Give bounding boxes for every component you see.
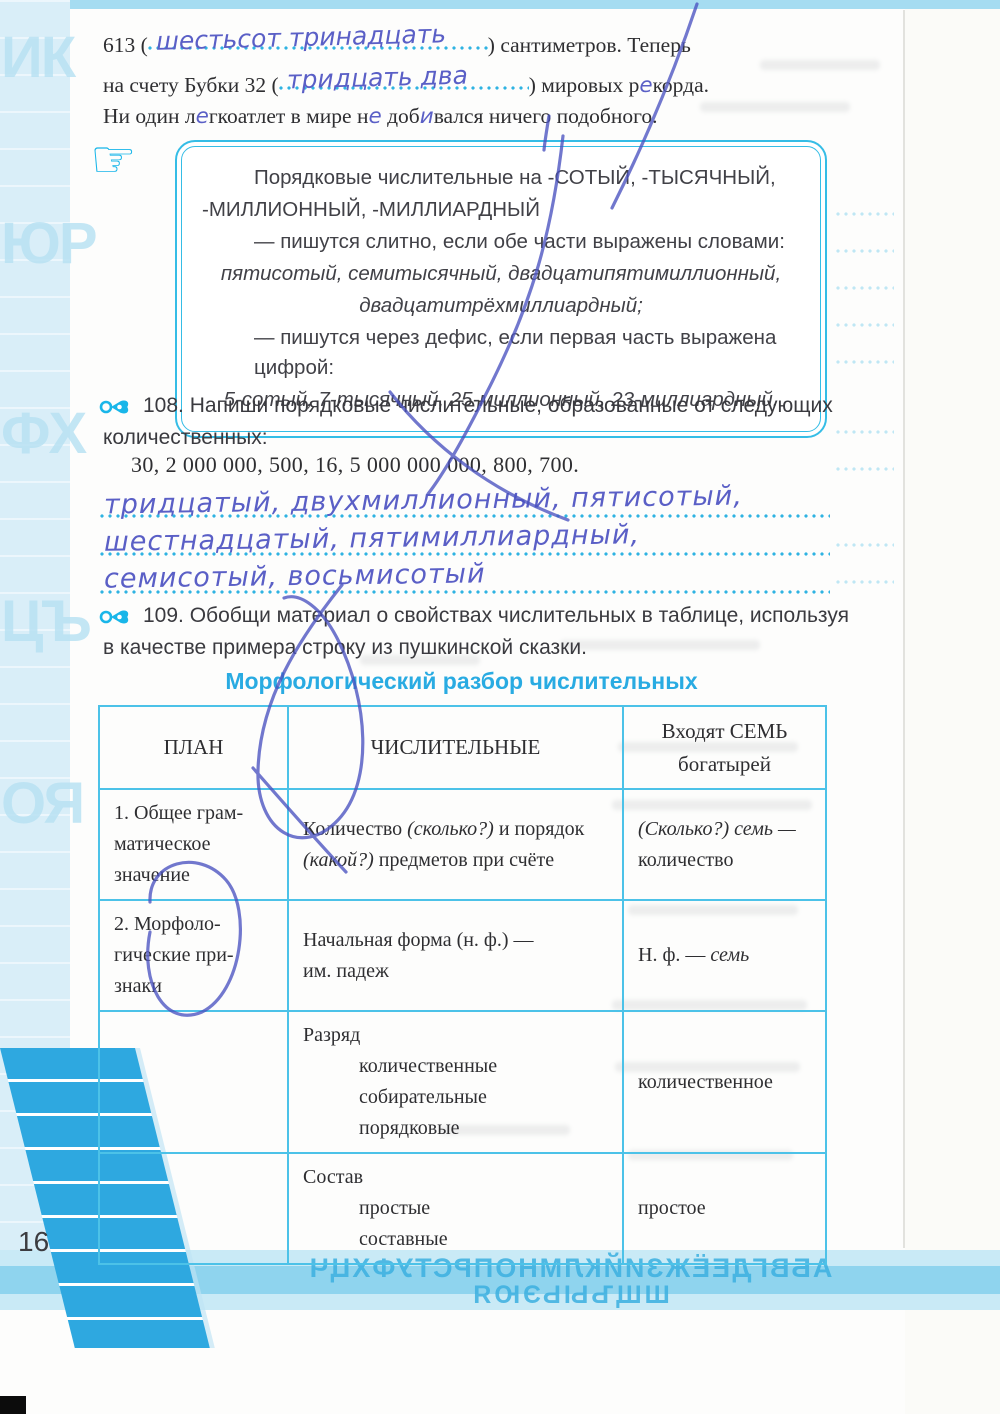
rule-example-1a: пятисотый, семитысячный, двадцатипятимил… xyxy=(202,259,800,289)
exercise-109-instruction-line1: 109. Обобщи материал о свойствах числите… xyxy=(143,604,849,628)
bleedthrough-dots xyxy=(836,467,894,471)
table-title: Морфологический разбор числительных xyxy=(98,668,825,695)
cell-text: Состав xyxy=(303,1162,608,1193)
intro-text: 613 ( xyxy=(103,33,148,57)
intro-line-3: Ни один легкоатлет в мире не добивался н… xyxy=(103,104,658,129)
bleedthrough-dots xyxy=(836,360,894,364)
page-edge-margin xyxy=(905,9,1000,1414)
fill-in-blank: тридцать два xyxy=(279,66,529,92)
intro-text: доб xyxy=(382,104,420,128)
handwritten-letter: е xyxy=(196,104,209,129)
cell-example-4: простое xyxy=(623,1153,826,1264)
bleedthrough-dots xyxy=(836,249,894,253)
instruction-text: Обобщи материал о свойствах числительных… xyxy=(190,604,849,627)
task-marker-icon xyxy=(99,608,131,631)
bleedthrough-mark xyxy=(700,102,850,112)
cell-text-italic: семь xyxy=(710,944,749,966)
band-letter: ЦЪ xyxy=(1,588,90,655)
cell-text: Разряд xyxy=(303,1020,608,1051)
exercise-109-number: 109. xyxy=(143,604,184,627)
writing-line xyxy=(100,514,830,518)
rule-title-line2: -МИЛЛИОННЫЙ, -МИЛЛИАРДНЫЙ xyxy=(202,195,800,225)
cell-plan-3-empty xyxy=(99,1011,288,1153)
answer-line: тридцатый, двухмиллионный, пятисотый, xyxy=(100,482,830,520)
intro-text: на счету Бубки 32 ( xyxy=(103,73,279,97)
bleedthrough-dots xyxy=(836,580,894,584)
band-letter: ЮР xyxy=(1,210,96,277)
intro-line-1: 613 (шестьсот тринадцать) сантиметров. Т… xyxy=(103,26,691,58)
exercise-108-numbers: 30, 2 000 000, 500, 16, 5 000 000 000, 8… xyxy=(131,452,579,478)
cell-text-italic: (Сколько?) семь — xyxy=(638,814,811,845)
exercise-108-instruction-line2: количественных: xyxy=(103,426,268,450)
bleedthrough-dots xyxy=(836,543,894,547)
cell-text: и порядок xyxy=(494,818,585,840)
header-numerals: ЧИСЛИТЕЛЬНЫЕ xyxy=(288,706,623,789)
exercise-108-number: 108. xyxy=(143,394,184,417)
cell-plan-4-empty xyxy=(99,1153,288,1264)
task-marker-icon xyxy=(99,398,131,421)
handwritten-answer: шестьсот тринадцать xyxy=(155,19,446,56)
cell-example-2: Н. ф. — семь xyxy=(623,900,826,1011)
cell-initial-form: Начальная форма (н. ф.) — им. падеж xyxy=(288,900,623,1011)
cell-sostav: Состав простые составные xyxy=(288,1153,623,1264)
bleedthrough-dots xyxy=(836,212,894,216)
intro-line-2: на счету Бубки 32 (тридцать два) мировых… xyxy=(103,66,709,98)
bleedthrough-mark xyxy=(760,60,880,70)
fill-in-blank: шестьсот тринадцать xyxy=(148,26,488,52)
bleedthrough-dots xyxy=(836,323,894,327)
cell-text: предметов при счёте xyxy=(374,849,554,871)
intro-text: гкоатлет в мире н xyxy=(209,104,369,128)
cell-plan-2: 2. Морфоло- гические при- знаки xyxy=(99,900,288,1011)
cell-list-item: составные xyxy=(303,1224,608,1255)
rule-example-1b: двадцатитрёхмиллиардный; xyxy=(202,291,800,321)
writing-line xyxy=(100,552,830,556)
intro-text: Ни один л xyxy=(103,104,196,128)
handwritten-letter: и xyxy=(420,104,434,129)
answer-line: шестнадцатый, пятимиллиардный, xyxy=(100,520,830,558)
scan-corner-mark xyxy=(0,1396,26,1414)
cell-list-item: количественные xyxy=(303,1051,608,1082)
handwritten-letter: е xyxy=(639,73,652,98)
handwritten-letter: е xyxy=(368,104,381,129)
band-letter: ФХ xyxy=(1,400,85,467)
bleedthrough-dots xyxy=(836,286,894,290)
intro-text: корда. xyxy=(653,73,709,97)
answer-line: семисотый, восьмисотый xyxy=(100,558,830,596)
page-number: 16 xyxy=(18,1226,49,1258)
cell-plan-1: 1. Общее грам- матическое значение xyxy=(99,789,288,900)
cell-list-item: простые xyxy=(303,1193,608,1224)
cell-text: Н. ф. — xyxy=(638,944,710,966)
intro-text: вался ничего подобного. xyxy=(434,104,658,128)
band-letter: ИК xyxy=(1,24,74,91)
answer-lines: тридцатый, двухмиллионный, пятисотый, ше… xyxy=(100,482,830,596)
handwritten-answer: тридцать два xyxy=(286,61,468,95)
intro-text: ) мировых р xyxy=(529,73,640,97)
morphology-table: ПЛАН ЧИСЛИТЕЛЬНЫЕ Входят СЕМЬ богатырей … xyxy=(98,705,827,1265)
table-row: 2. Морфоло- гические при- знаки Начальна… xyxy=(99,900,826,1011)
cell-text: Количество xyxy=(303,818,407,840)
bleedthrough-mark xyxy=(560,640,760,650)
table-row: Состав простые составные простое xyxy=(99,1153,826,1264)
cell-text-italic: (сколько?) xyxy=(407,818,494,840)
bleedthrough-dots xyxy=(836,430,894,434)
exercise-108-instruction-line1: 108. Напиши порядковые числительные, обр… xyxy=(143,394,833,418)
top-edge-strip xyxy=(66,0,1000,9)
pointing-hand-icon: ☞ xyxy=(90,130,137,190)
rule-bullet-2: — пишутся через дефис, если первая часть… xyxy=(202,323,800,383)
header-plan: ПЛАН xyxy=(99,706,288,789)
table-row: 1. Общее грам- матическое значение Колич… xyxy=(99,789,826,900)
cell-example-1: (Сколько?) семь — количество xyxy=(623,789,826,900)
cell-razryad: Разряд количественные собирательные поря… xyxy=(288,1011,623,1153)
rule-bullet-1: — пишутся слитно, если обе части выражен… xyxy=(202,227,800,257)
cell-list-item: собирательные xyxy=(303,1082,608,1113)
table-header-row: ПЛАН ЧИСЛИТЕЛЬНЫЕ Входят СЕМЬ богатырей xyxy=(99,706,826,789)
cell-example-3: количественное xyxy=(623,1011,826,1153)
cell-text: количество xyxy=(638,845,811,876)
instruction-text: Напиши порядковые числительные, образова… xyxy=(190,394,833,417)
cell-text-italic: (какой?) xyxy=(303,849,374,871)
cell-list-item: порядковые xyxy=(303,1113,608,1144)
table-row: Разряд количественные собирательные поря… xyxy=(99,1011,826,1153)
exercise-109-instruction-line2: в качестве примера строку из пушкинской … xyxy=(103,636,587,660)
band-letter: ОЯ xyxy=(1,770,83,837)
rule-title-line1: Порядковые числительные на -СОТЫЙ, -ТЫСЯ… xyxy=(202,163,800,193)
workbook-page-scan: ИК ЮР ФХ ЦЪ ОЯ 613 (шестьсот тринадцать)… xyxy=(0,0,1000,1414)
header-example: Входят СЕМЬ богатырей xyxy=(623,706,826,789)
alphabet-line-2: ШЩЪЫЬЭЮЯ xyxy=(140,1282,1000,1308)
intro-text: ) сантиметров. Теперь xyxy=(488,33,691,57)
writing-line xyxy=(100,590,830,594)
cell-meaning: Количество (сколько?) и порядок (какой?)… xyxy=(288,789,623,900)
